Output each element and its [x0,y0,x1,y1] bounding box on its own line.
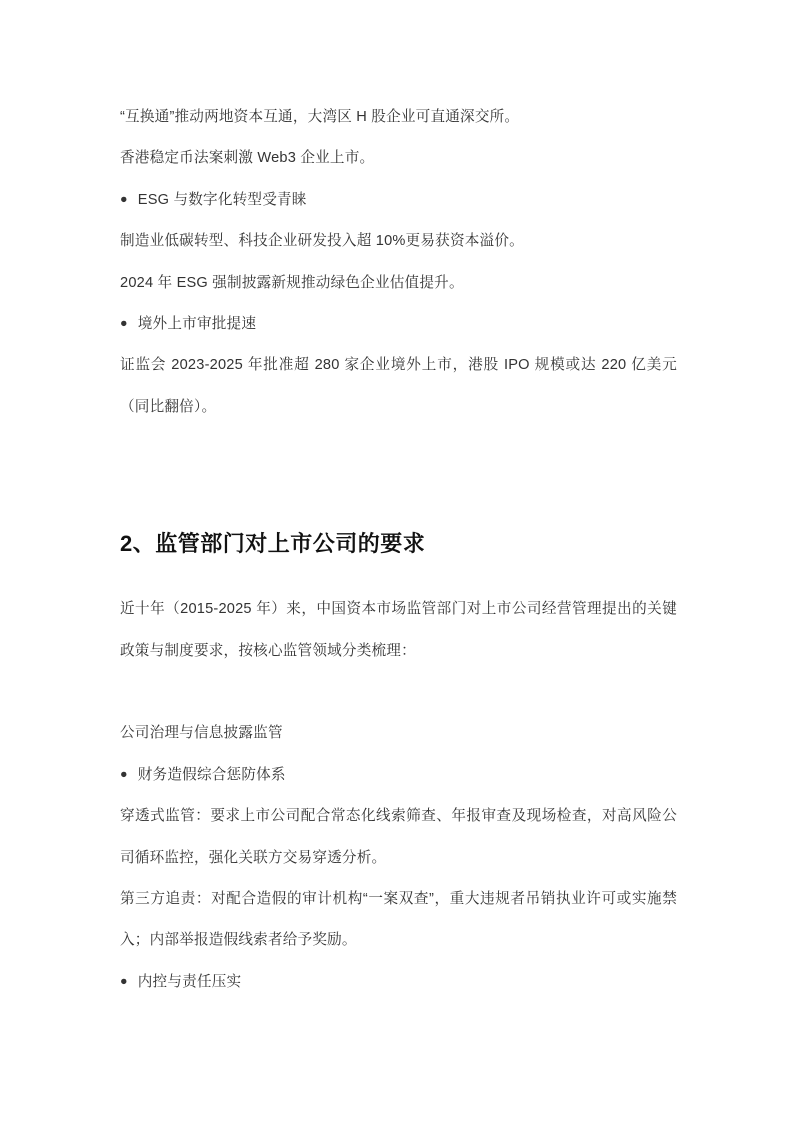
bullet-item-financial-fraud: ●财务造假综合惩防体系 [120,755,677,796]
paragraph-decade-overview: 近十年（2015-2025 年）来，中国资本市场监管部门对上市公司经营管理提出的… [120,589,677,672]
section-heading-regulator-requirements: 2、监管部门对上市公司的要求 [120,528,677,560]
paragraph-swap-connect: “互换通”推动两地资本互通，大湾区 H 股企业可直通深交所。 [120,97,677,138]
bullet-icon: ● [120,961,128,1002]
paragraph-csrc-approvals: 证监会 2023-2025 年批准超 280 家企业境外上市，港股 IPO 规模… [120,345,677,428]
paragraph-third-party-accountability: 第三方追责：对配合造假的审计机构“一案双查”，重大违规者吊销执业许可或实施禁入；… [120,879,677,962]
document-body: “互换通”推动两地资本互通，大湾区 H 股企业可直通深交所。 香港稳定币法案刺激… [120,0,677,1003]
bullet-icon: ● [120,754,128,795]
bullet-item-overseas-listing: ●境外上市审批提速 [120,304,677,345]
paragraph-manufacturing: 制造业低碳转型、科技企业研发投入超 10%更易获资本溢价。 [120,221,677,262]
paragraph-stablecoin: 香港稳定币法案刺激 Web3 企业上市。 [120,138,677,179]
bullet-item-esg-label: ESG 与数字化转型受青睐 [138,192,307,208]
bullet-icon: ● [120,303,128,344]
bullet-item-internal-control-label: 内控与责任压实 [138,974,242,990]
bullet-item-overseas-listing-label: 境外上市审批提速 [138,316,256,332]
paragraph-penetrating-supervision: 穿透式监管：要求上市公司配合常态化线索筛查、年报审查及现场检查，对高风险公司循环… [120,796,677,879]
paragraph-governance-subtitle: 公司治理与信息披露监管 [120,713,677,754]
bullet-item-internal-control: ●内控与责任压实 [120,962,677,1003]
bullet-item-financial-fraud-label: 财务造假综合惩防体系 [138,767,286,783]
paragraph-esg-2024: 2024 年 ESG 强制披露新规推动绿色企业估值提升。 [120,263,677,304]
bullet-item-esg: ●ESG 与数字化转型受青睐 [120,180,677,221]
bullet-icon: ● [120,179,128,220]
